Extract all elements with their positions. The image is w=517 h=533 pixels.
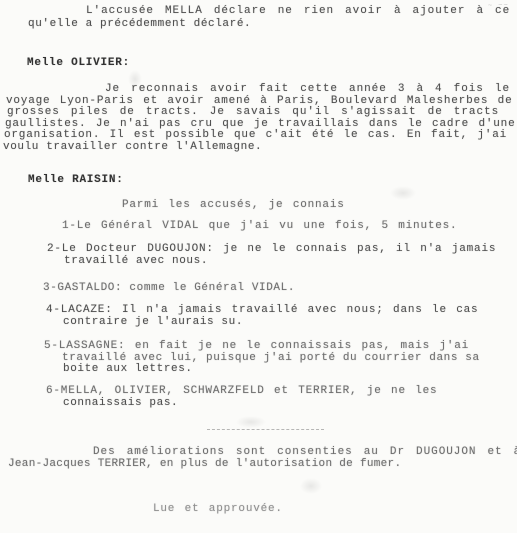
separator-line <box>207 429 324 430</box>
scan-smudge <box>236 416 266 428</box>
intro-line-2: qu'elle a précédemment déclaré. <box>28 19 251 31</box>
raisin-item-4-line-1: 4-LACAZE: Il n'a jamais travaillé avec n… <box>46 305 478 317</box>
section-header-olivier: Melle OLIVIER: <box>27 58 130 70</box>
olivier-line-5: organisation. Il est possible que c'ait … <box>4 130 507 142</box>
raisin-item-5-line-3: boite aux lettres. <box>63 364 193 376</box>
olivier-line-6: voulu travailler contre l'Allemagne. <box>3 142 262 154</box>
raisin-item-4-line-2: contraire je l'aurais su. <box>63 317 243 329</box>
raisin-item-6-line-2: connaissais pas. <box>63 398 178 410</box>
intro-line-1: L'accusée MELLA déclare ne rien avoir à … <box>86 6 510 18</box>
approval-line: Lue et approuvée. <box>153 504 283 516</box>
raisin-item-2-line-1: 2-Le Docteur DUGOUJON: je ne le connais … <box>47 244 496 256</box>
raisin-item-3-line-1: 3-GASTALDO: comme le Général VIDAL. <box>43 283 295 295</box>
scan-smudge <box>300 478 322 494</box>
raisin-item-1-line-1: 1-Le Général VIDAL que j'ai vu une fois,… <box>62 221 457 233</box>
raisin-item-2-line-2: travaillé avec nous. <box>64 256 208 268</box>
section-header-raisin: Melle RAISIN: <box>28 175 124 187</box>
olivier-line-1: Je reconnais avoir fait cette année 3 à … <box>105 84 510 96</box>
scan-smudge <box>390 186 416 200</box>
closing-line-1: Des améliorations sont consenties au Dr … <box>93 447 517 459</box>
raisin-intro-line: Parmi les accusés, je connais <box>122 200 345 212</box>
olivier-line-3: grosses piles de tracts. Je savais qu'il… <box>7 107 499 119</box>
raisin-item-6-line-1: 6-MELLA, OLIVIER, SCHWARZFELD et TERRIER… <box>46 386 437 398</box>
closing-line-2: Jean-Jacques TERRIER, en plus de l'autor… <box>8 459 401 471</box>
raisin-item-5-line-1: 5-LASSAGNE: en fait je ne le connaissais… <box>44 341 469 353</box>
document-page: ~ ~~ L'accusée MELLA déclare ne rien avo… <box>0 0 517 533</box>
